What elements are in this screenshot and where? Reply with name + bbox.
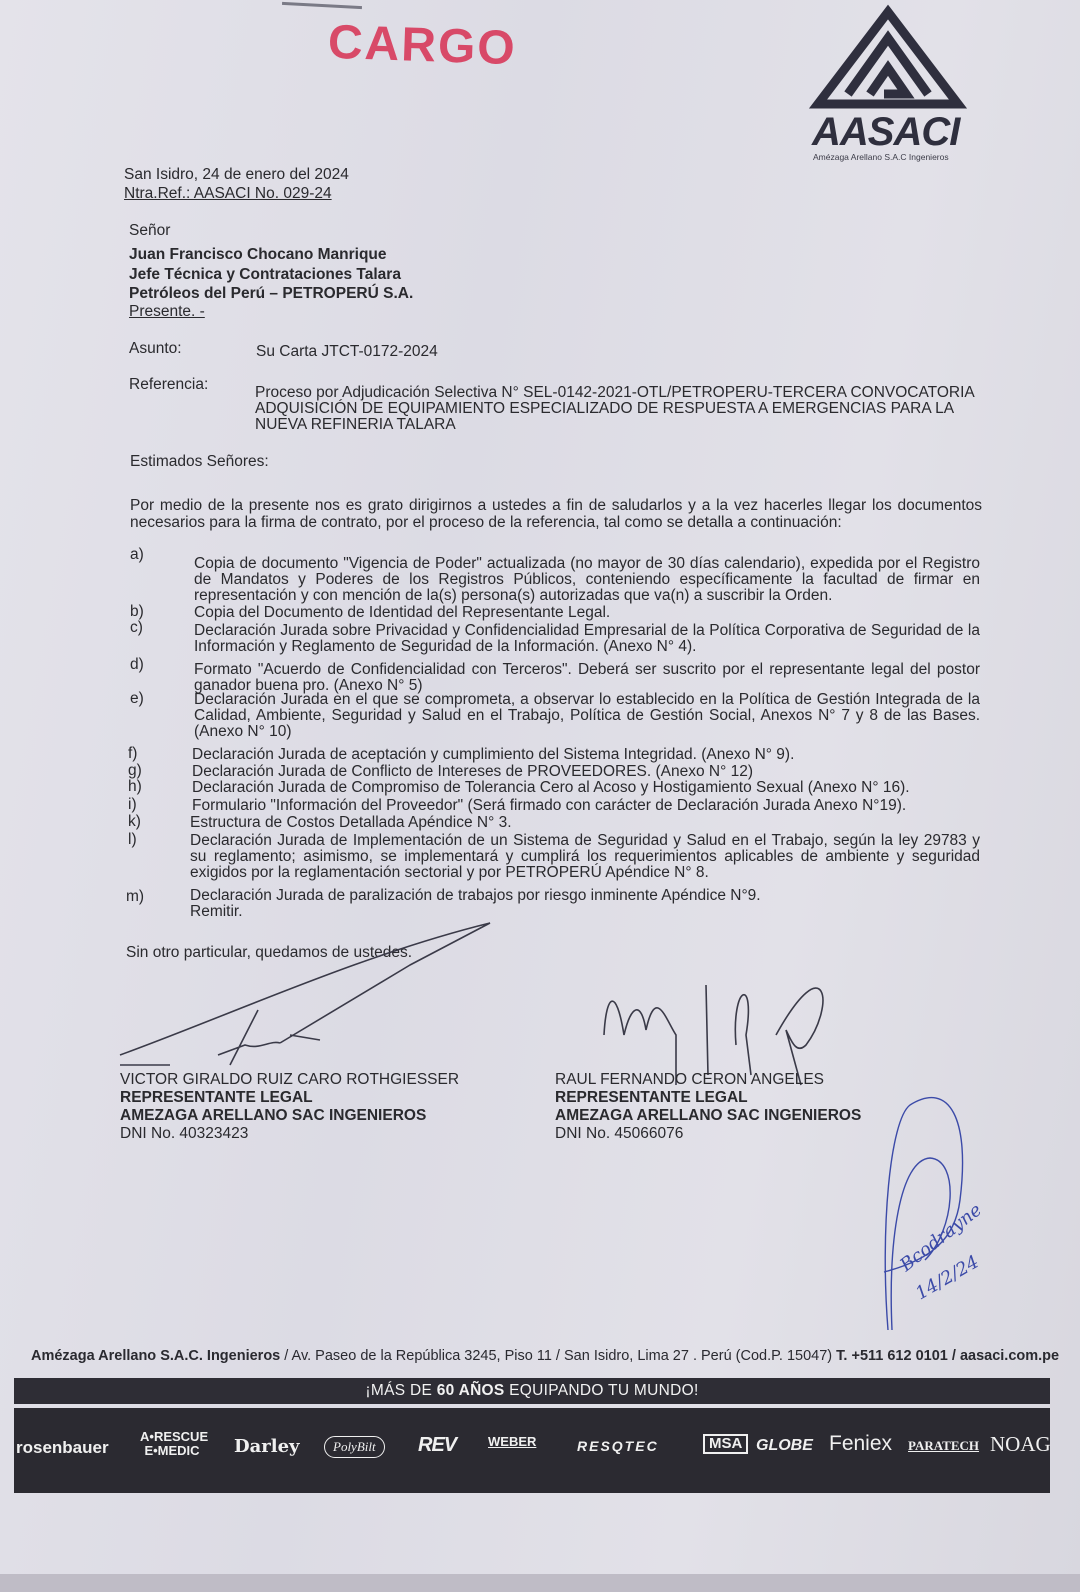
signatory-company: AMEZAGA ARELLANO SAC INGENIEROS xyxy=(555,1107,861,1125)
aasaci-logo-icon xyxy=(808,4,968,114)
reference-line: Proceso por Adjudicación Selectiva N° SE… xyxy=(255,385,975,401)
signatory-name: VICTOR GIRALDO RUIZ CARO ROTHGIESSER xyxy=(120,1071,459,1089)
footer-company: Amézaga Arellano S.A.C. Ingenieros xyxy=(31,1348,280,1364)
slogan-pre: ¡MÁS DE xyxy=(365,1382,436,1399)
item-text: Copia de documento "Vigencia de Poder" a… xyxy=(194,556,980,604)
item-text: Declaración Jurada en el que se comprome… xyxy=(194,692,980,740)
item-letter: d) xyxy=(130,656,144,674)
item-letter: f) xyxy=(128,745,137,763)
reference-line: ADQUISICIÓN DE EQUIPAMIENTO ESPECIALIZAD… xyxy=(255,401,975,417)
item-letter: k) xyxy=(128,813,141,831)
brand-rev: REV xyxy=(418,1434,456,1457)
item-letter: l) xyxy=(128,831,137,849)
brand-rosenbauer: rosenbauer xyxy=(16,1438,109,1458)
signatory-dni: DNI No. 40323423 xyxy=(120,1125,459,1143)
greeting: Estimados Señores: xyxy=(130,453,269,470)
signature-left-icon xyxy=(110,915,510,1075)
item-text: Estructura de Costos Detallada Apéndice … xyxy=(190,815,990,831)
signatory-name: RAUL FERNANDO CERON ANGELES xyxy=(555,1071,861,1089)
item-text: Declaración Jurada de Conflicto de Inter… xyxy=(192,764,992,780)
brand-polybilt: PolyBilt xyxy=(324,1436,385,1458)
footer-address: Amézaga Arellano S.A.C. Ingenieros / Av.… xyxy=(31,1348,1059,1364)
footer-phone: T. +511 612 0101 xyxy=(836,1348,948,1364)
signatory-dni: DNI No. 45066076 xyxy=(555,1125,861,1143)
letter-page: CARGO AASACI Amézaga Arellano S.A.C Inge… xyxy=(0,0,1080,1592)
reference-text: Proceso por Adjudicación Selectiva N° SE… xyxy=(255,385,975,433)
signatory-role: REPRESENTANTE LEGAL xyxy=(120,1089,459,1107)
brand-paratech: PARATECH xyxy=(908,1438,979,1454)
footer-street: / Av. Paseo de la República 3245, Piso 1… xyxy=(280,1348,836,1364)
item-text: Formulario "Información del Proveedor" (… xyxy=(192,798,992,814)
recipient-company: Petróleos del Perú – PETROPERÚ S.A. xyxy=(129,285,413,302)
logo-wordmark: AASACI xyxy=(812,110,959,155)
cargo-stamp: CARGO xyxy=(327,15,517,77)
brand-msa: MSA xyxy=(703,1434,748,1454)
subject-label: Asunto: xyxy=(129,340,182,357)
signatory-role: REPRESENTANTE LEGAL xyxy=(555,1089,861,1107)
brand-darley: Darley xyxy=(234,1436,300,1457)
slogan-banner: ¡MÁS DE 60 AÑOS EQUIPANDO TU MUNDO! xyxy=(14,1378,1050,1404)
recipient-title: Jefe Técnica y Contrataciones Talara xyxy=(129,266,401,283)
intro-paragraph: Por medio de la presente nos es grato di… xyxy=(130,497,982,531)
signatory-left: VICTOR GIRALDO RUIZ CARO ROTHGIESSER REP… xyxy=(120,1071,459,1143)
brands-banner: rosenbauer A•RESCUE E•MEDIC Darley PolyB… xyxy=(14,1408,1050,1493)
item-letter: m) xyxy=(126,888,144,906)
reference-label: Referencia: xyxy=(129,376,208,393)
item-text: Declaración Jurada de Compromiso de Tole… xyxy=(192,780,992,796)
item-letter: h) xyxy=(128,778,142,796)
item-text: Copia del Documento de Identidad del Rep… xyxy=(194,605,994,621)
place-date: San Isidro, 24 de enero del 2024 xyxy=(124,166,349,183)
reference-line: NUEVA REFINERIA TALARA xyxy=(255,417,975,433)
subject-value: Su Carta JTCT-0172-2024 xyxy=(256,343,438,360)
brand-weber: WEBER xyxy=(488,1434,536,1449)
brand-resqtec: RESQTEC xyxy=(577,1438,659,1454)
brand-globe: GLOBE xyxy=(756,1437,813,1455)
footer-website: / aasaci.com.pe xyxy=(948,1348,1059,1364)
presente: Presente. - xyxy=(129,303,205,320)
reference-number: Ntra.Ref.: AASACI No. 029-24 xyxy=(124,185,332,202)
paper-clip-mark xyxy=(282,2,362,9)
item-letter: a) xyxy=(130,546,144,564)
brand-arescue-emedic: A•RESCUE E•MEDIC xyxy=(140,1430,204,1458)
item-letter: i) xyxy=(128,796,137,814)
brand-noag: NOAG xyxy=(990,1432,1051,1457)
slogan-post: EQUIPANDO TU MUNDO! xyxy=(505,1382,699,1399)
logo-subtitle: Amézaga Arellano S.A.C Ingenieros xyxy=(813,152,949,162)
signatory-company: AMEZAGA ARELLANO SAC INGENIEROS xyxy=(120,1107,459,1125)
item-text: Declaración Jurada sobre Privacidad y Co… xyxy=(194,623,980,655)
item-text: Declaración Jurada de aceptación y cumpl… xyxy=(192,747,992,763)
brand-feniex: Feniex xyxy=(829,1432,892,1456)
item-letter: e) xyxy=(130,690,144,708)
item-letter: c) xyxy=(130,619,143,637)
receipt-signature-icon: Bcodrayne 14/2/24 xyxy=(870,1080,1050,1330)
recipient-name: Juan Francisco Chocano Manrique xyxy=(129,246,387,263)
slogan-bold: 60 AÑOS xyxy=(437,1382,505,1399)
signatory-right: RAUL FERNANDO CERON ANGELES REPRESENTANT… xyxy=(555,1071,861,1143)
item-text: Declaración Jurada de Implementación de … xyxy=(190,833,980,881)
salutation: Señor xyxy=(129,222,170,239)
item-text: Formato "Acuerdo de Confidencialidad con… xyxy=(194,662,980,694)
